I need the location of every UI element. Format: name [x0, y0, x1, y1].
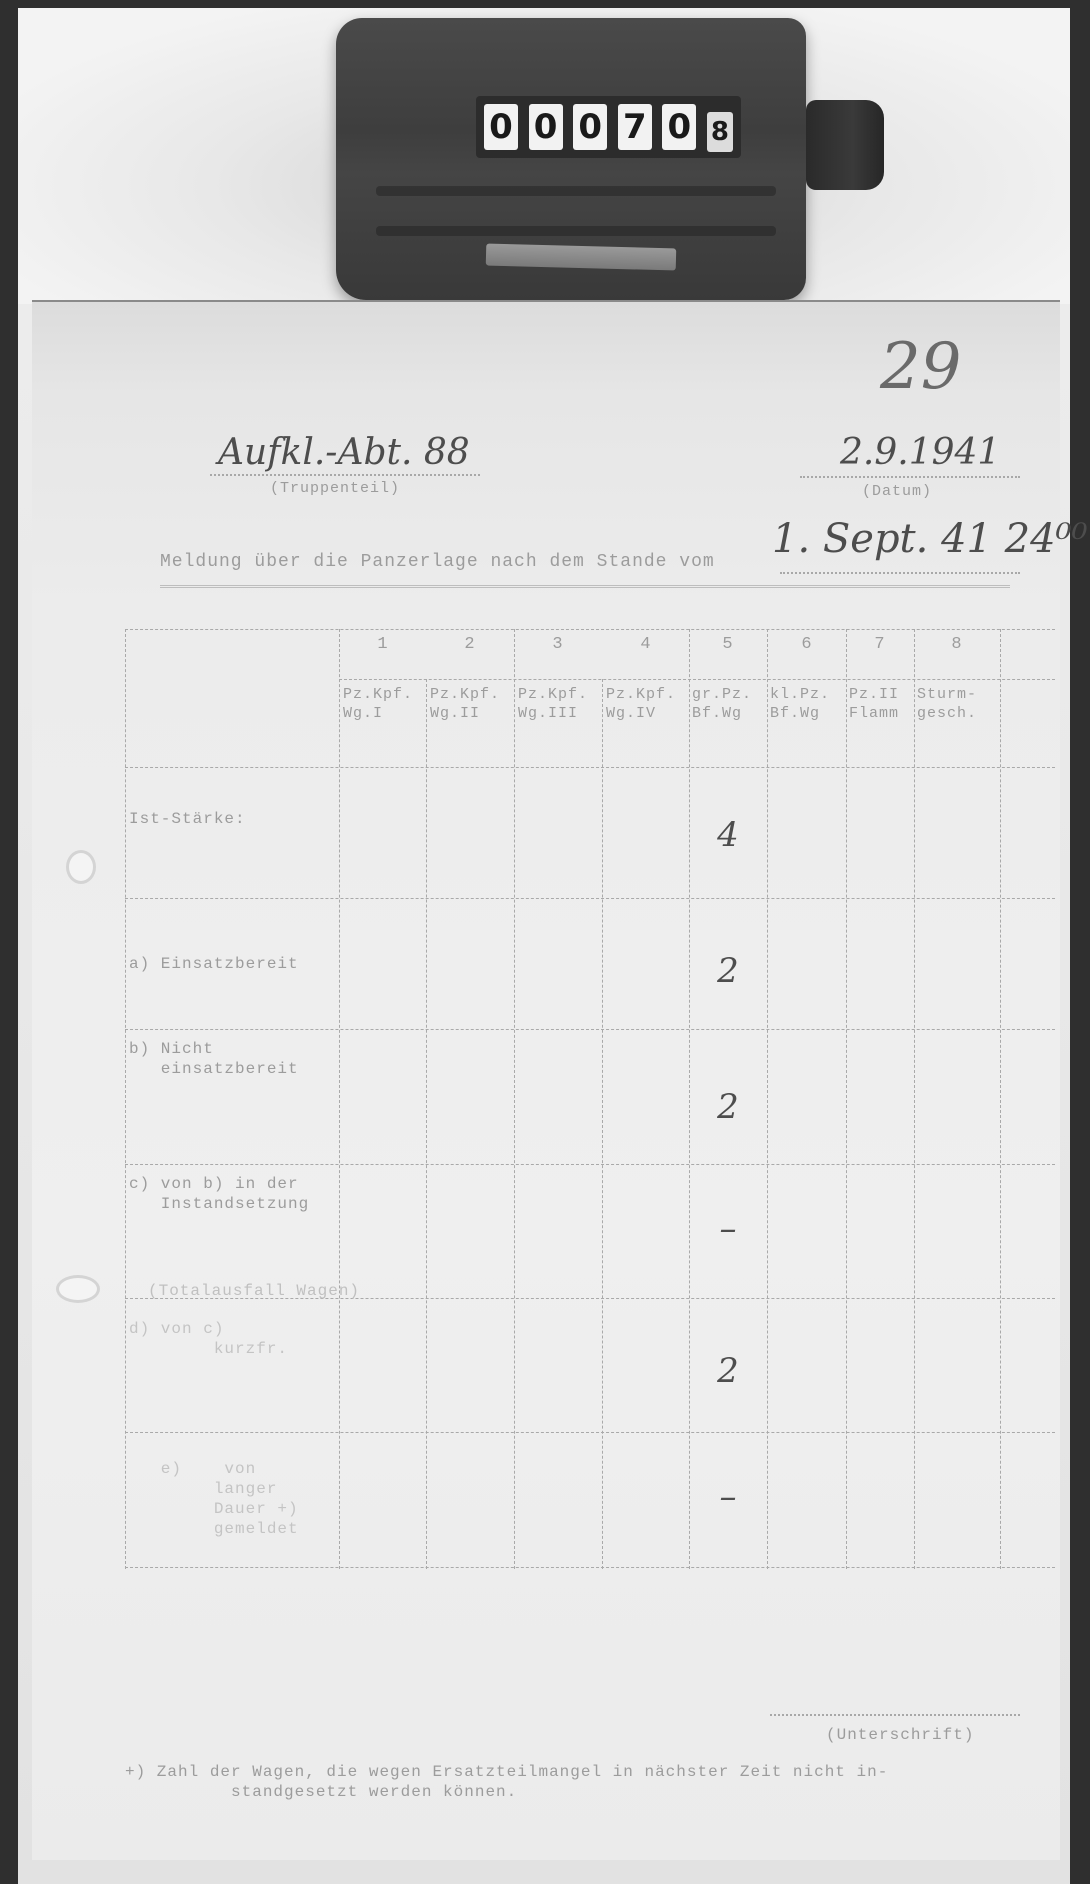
row-label-kurzfristig: d) von c) kurzfr.: [129, 1319, 339, 1359]
counter-display: 0 0 0 7 0 8: [476, 96, 741, 158]
column-number: 5: [698, 635, 758, 654]
stichtag-handwritten: 1. Sept. 41 24⁰⁰: [772, 516, 1088, 562]
signature-label: (Unterschrift): [826, 1726, 974, 1744]
row-label-langfristig: e) von langer Dauer +) gemeldet: [129, 1459, 339, 1539]
footnote: +) Zahl der Wagen, die wegen Ersatzteilm…: [125, 1762, 1025, 1802]
date-handwritten: 2.9.1941: [840, 432, 1000, 473]
column-header: Pz.Kpf. Wg.IV: [606, 685, 696, 723]
cell-value: 2: [689, 1351, 767, 1391]
cell-value: 2: [689, 1087, 767, 1127]
row-label-ist-staerke: Ist-Stärke:: [129, 809, 339, 829]
counter-digit: 0: [529, 104, 563, 150]
column-number: 7: [850, 635, 910, 654]
row-label-instandsetzung: c) von b) in der Instandsetzung: [129, 1174, 339, 1214]
folio-number: 29: [880, 330, 961, 404]
column-number: 1: [353, 635, 413, 654]
counter-ridge: [376, 186, 776, 196]
unit-label: (Truppenteil): [270, 480, 400, 497]
counter-knob-icon: [806, 100, 884, 190]
punch-hole-icon: [56, 1275, 100, 1303]
column-header: Pz.Kpf. Wg.III: [518, 685, 608, 723]
counter-digit: 7: [618, 104, 652, 150]
column-header: gr.Pz. Bf.Wg: [692, 685, 782, 723]
cell-value: –: [689, 1477, 767, 1517]
title-underline: [160, 585, 1010, 588]
cell-value: –: [689, 1209, 767, 1249]
cell-value: 4: [689, 815, 767, 855]
unit-dotted-line: [210, 474, 480, 476]
column-number: 6: [777, 635, 837, 654]
stichtag-dotted-line: [780, 572, 1020, 574]
counter-digit: 0: [573, 104, 607, 150]
counter-slot: [486, 244, 677, 271]
mechanical-counter: 0 0 0 7 0 8: [336, 18, 806, 300]
tank-status-table: 1 2 3 4 5 6 7 8 Pz.Kpf. Wg.I Pz.Kpf. Wg.…: [125, 629, 1055, 1569]
column-number: 2: [440, 635, 500, 654]
report-title: Meldung über die Panzerlage nach dem Sta…: [160, 552, 715, 572]
date-label: (Datum): [862, 483, 932, 500]
counter-digit: 0: [484, 104, 518, 150]
column-header: Pz.Kpf. Wg.II: [430, 685, 520, 723]
cell-value: 2: [689, 951, 767, 991]
column-header: kl.Pz. Bf.Wg: [770, 685, 860, 723]
column-header: Pz.Kpf. Wg.I: [343, 685, 433, 723]
counter-digit: 8: [707, 112, 733, 152]
column-header: Sturm- gesch.: [917, 685, 1007, 723]
unit-handwritten: Aufkl.-Abt. 88: [218, 432, 470, 473]
date-dotted-line: [800, 476, 1020, 478]
row-label-einsatzbereit: a) Einsatzbereit: [129, 954, 339, 974]
signature-line: [770, 1714, 1020, 1716]
punch-hole-icon: [66, 850, 96, 884]
row-label-nicht-einsatzbereit: b) Nicht einsatzbereit: [129, 1039, 339, 1079]
below-table-note: (Totalausfall Wagen): [148, 1282, 360, 1300]
column-number: 3: [528, 635, 588, 654]
column-number: 8: [927, 635, 987, 654]
counter-digit: 0: [662, 104, 696, 150]
column-number: 4: [616, 635, 676, 654]
counter-ridge: [376, 226, 776, 236]
